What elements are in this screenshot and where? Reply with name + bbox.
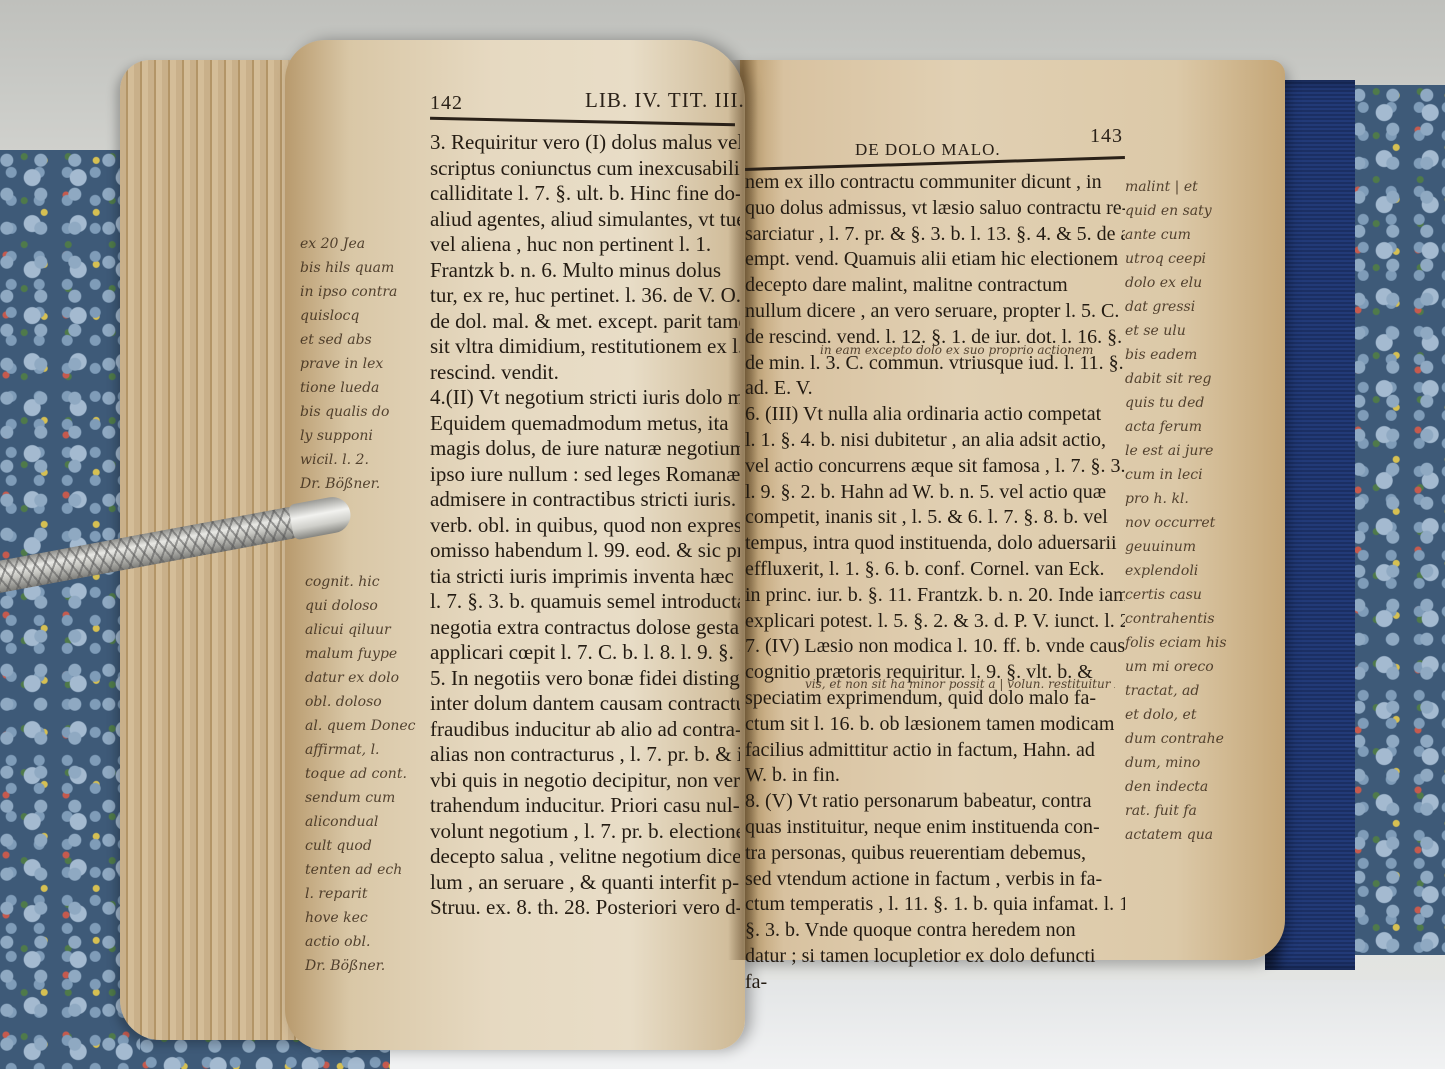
note-line: tenten ad ech bbox=[305, 858, 435, 882]
note-line: contrahentis bbox=[1125, 607, 1260, 631]
text-line: trahendum inducitur. Priori casu nul- bbox=[430, 793, 740, 819]
text-line: negotia extra contractus dolose gesta bbox=[430, 615, 740, 641]
text-line: calliditate l. 7. §. ult. b. Hinc fine d… bbox=[430, 181, 740, 207]
text-line: l. 9. §. 2. b. Hahn ad W. b. n. 5. vel a… bbox=[745, 480, 1125, 506]
text-line: W. b. in fin. bbox=[745, 763, 1125, 789]
marginalia-right: malint | et quid en saty ante cum utroq … bbox=[1125, 175, 1260, 847]
note-line: l. reparit bbox=[305, 882, 435, 906]
text-line: omisso habendum l. 99. eod. & sic propte… bbox=[430, 538, 740, 564]
note-line: alicui qiluur bbox=[305, 618, 435, 642]
note-line: cult quod bbox=[305, 834, 435, 858]
text-line: nem ex illo contractu communiter dicunt … bbox=[745, 170, 1125, 196]
note-line: affirmat, l. bbox=[305, 738, 435, 762]
note-line: dolo ex elu bbox=[1125, 271, 1260, 295]
text-line: 5. In negotiis vero bonæ fidei disting- bbox=[430, 666, 740, 692]
text-line: vel actio concurrens æque sit famosa , l… bbox=[745, 454, 1125, 480]
text-line: aliud agentes, aliud simulantes, vt tuea… bbox=[430, 207, 740, 233]
text-line: sit vltra dimidium, restitutionem ex l. bbox=[430, 334, 740, 360]
note-line: quis tu ded bbox=[1125, 391, 1260, 415]
note-line: geuuinum bbox=[1125, 535, 1260, 559]
text-line: admisere in contractibus stricti iuris. bbox=[430, 487, 740, 513]
text-line: 4.(II) Vt negotium stricti iuris dolo ma… bbox=[430, 385, 740, 411]
text-line: Struu. ex. 8. th. 28. Posteriori vero d- bbox=[430, 895, 740, 921]
note-line: dabit sit reg bbox=[1125, 367, 1260, 391]
text-line: Equidem quemadmodum metus, ita bbox=[430, 411, 740, 437]
note-line: rat. fuit fa bbox=[1125, 799, 1260, 823]
text-line: 8. (V) Vt ratio personarum babeatur, con… bbox=[745, 789, 1125, 815]
note-line: utroq ceepi bbox=[1125, 247, 1260, 271]
text-line: decepto dare malint, malitne contractum bbox=[745, 273, 1125, 299]
text-line: alias non contracturus , l. 7. pr. b. & … bbox=[430, 742, 740, 768]
text-line: tur, ex re, huc pertinet. l. 36. de V. O… bbox=[430, 283, 740, 309]
note-line: acta ferum bbox=[1125, 415, 1260, 439]
text-line: scriptus coniunctus cum inexcusabili bbox=[430, 156, 740, 182]
text-line: competit, inanis sit , l. 5. & 6. l. 7. … bbox=[745, 505, 1125, 531]
text-line: tia stricti iuris imprimis inventa hæc bbox=[430, 564, 740, 590]
marginalia-inline-2: vis, et non sit ha minor possit a | volu… bbox=[805, 672, 1115, 696]
note-line: alicondual bbox=[305, 810, 435, 834]
text-line: decepto salua , velitne negotium dice- bbox=[430, 844, 740, 870]
text-line: rescind. vendit. bbox=[430, 360, 740, 386]
note-line: actatem qua bbox=[1125, 823, 1260, 847]
text-line: ctum sit l. 16. b. ob læsionem tamen mod… bbox=[745, 712, 1125, 738]
note-line: le est ai jure bbox=[1125, 439, 1260, 463]
text-line: Frantzk b. n. 6. Multo minus dolus bbox=[430, 258, 740, 284]
note-line: in ipso contra bbox=[300, 280, 430, 304]
text-line: sed vtendum actione in factum , verbis i… bbox=[745, 867, 1125, 893]
text-line: sarciatur , l. 7. pr. & §. 3. b. l. 13. … bbox=[745, 222, 1125, 248]
note-line: cum in leci bbox=[1125, 463, 1260, 487]
text-line: 6. (III) Vt nulla alia ordinaria actio c… bbox=[745, 402, 1125, 428]
note-line: folis eciam his bbox=[1125, 631, 1260, 655]
note-line: explendoli bbox=[1125, 559, 1260, 583]
text-line: 3. Requiritur vero (I) dolus malus vel bbox=[430, 130, 740, 156]
text-line: l. 1. §. 4. b. nisi dubitetur , an alia … bbox=[745, 428, 1125, 454]
text-line: effluxerit, l. 1. §. 6. b. conf. Cornel.… bbox=[745, 557, 1125, 583]
text-line: tempus, intra quod instituenda, dolo adu… bbox=[745, 531, 1125, 557]
note-line: cognit. hic bbox=[305, 570, 435, 594]
note-line: tractat, ad bbox=[1125, 679, 1260, 703]
note-line: dum contrahe bbox=[1125, 727, 1260, 751]
note-line: actio obl. bbox=[305, 930, 435, 954]
note-line: bis hils quam bbox=[300, 256, 430, 280]
note-line: wicil. l. 2. bbox=[300, 448, 430, 472]
note-line: al. quem Donec bbox=[305, 714, 435, 738]
text-line: quo dolus admissus, vt læsio saluo contr… bbox=[745, 196, 1125, 222]
text-line: de dol. mal. & met. except. parit tamen, bbox=[430, 309, 740, 335]
text-line: verb. obl. in quibus, quod non expressum bbox=[430, 513, 740, 539]
note-line: datur ex dolo bbox=[305, 666, 435, 690]
text-line: facilius admittitur actio in factum, Hah… bbox=[745, 738, 1125, 764]
text-line: vel aliena , huc non pertinent l. 1. bbox=[430, 232, 740, 258]
text-line: inter dolum dantem causam contractui, bbox=[430, 691, 740, 717]
note-line: toque ad cont. bbox=[305, 762, 435, 786]
note-line: hove kec bbox=[305, 906, 435, 930]
note-line: quid en saty bbox=[1125, 199, 1260, 223]
note-line: dat gressi bbox=[1125, 295, 1260, 319]
text-line: magis dolus, de iure naturæ negotium bbox=[430, 436, 740, 462]
note-line: sendum cum bbox=[305, 786, 435, 810]
note-line: den indecta bbox=[1125, 775, 1260, 799]
text-line: 7. (IV) Læsio non modica l. 10. ff. b. v… bbox=[745, 634, 1125, 660]
text-line: explicari potest. l. 5. §. 2. & 3. d. P.… bbox=[745, 609, 1125, 635]
note-line: tione lueda bbox=[300, 376, 430, 400]
left-page-text: 3. Requiritur vero (I) dolus malus vel s… bbox=[430, 130, 740, 921]
note-line: um mi oreco bbox=[1125, 655, 1260, 679]
note-line: malint | et bbox=[1125, 175, 1260, 199]
note-line: Dr. Bößner. bbox=[305, 954, 435, 978]
text-line: §. 3. b. Vnde quoque contra heredem non bbox=[745, 918, 1125, 944]
note-line: bis qualis do bbox=[300, 400, 430, 424]
note-line: bis eadem bbox=[1125, 343, 1260, 367]
note-line: Dr. Bößner. bbox=[300, 472, 430, 496]
right-page-text: nem ex illo contractu communiter dicunt … bbox=[745, 170, 1125, 996]
text-line: volunt negotium , l. 7. pr. b. electione bbox=[430, 819, 740, 845]
text-line: quas instituitur, neque enim instituenda… bbox=[745, 815, 1125, 841]
note-line: certis casu bbox=[1125, 583, 1260, 607]
left-running-head: LIB. IV. TIT. III. bbox=[585, 88, 745, 113]
note-line: ly supponi bbox=[300, 424, 430, 448]
note-line: nov occurret bbox=[1125, 511, 1260, 535]
text-line: fraudibus inducitur ab alio ad contra- bbox=[430, 717, 740, 743]
marginalia-left-top: ex 20 Jea bis hils quam in ipso contra q… bbox=[300, 232, 430, 496]
note-line: qui doloso bbox=[305, 594, 435, 618]
text-line: lum , an seruare , & quanti interfit p- bbox=[430, 870, 740, 896]
text-line: ctum temperatis , l. 11. §. 1. b. quia i… bbox=[745, 892, 1125, 918]
text-line: datur ; si tamen locupletior ex dolo def… bbox=[745, 944, 1125, 970]
right-running-head: DE DOLO MALO. bbox=[855, 140, 1001, 160]
left-page-number: 142 bbox=[430, 92, 463, 115]
right-page-number: 143 bbox=[1090, 125, 1123, 148]
note-line: quislocq bbox=[300, 304, 430, 328]
note-line: malum fuype bbox=[305, 642, 435, 666]
text-line: empt. vend. Quamuis alii etiam hic elect… bbox=[745, 247, 1125, 273]
marginalia-left-bottom: cognit. hic qui doloso alicui qiluur mal… bbox=[305, 570, 435, 978]
note-line: et sed abs bbox=[300, 328, 430, 352]
note-line: et se ulu bbox=[1125, 319, 1260, 343]
note-line: et dolo, et bbox=[1125, 703, 1260, 727]
text-line: tra personas, quibus reuerentiam debemus… bbox=[745, 841, 1125, 867]
marginalia-inline-1: in eam excepto dolo ex suo proprio actio… bbox=[820, 338, 1110, 362]
text-line: ad. E. V. bbox=[745, 376, 1125, 402]
note-line: ante cum bbox=[1125, 223, 1260, 247]
note-line: pro h. kl. bbox=[1125, 487, 1260, 511]
note-line: dum, mino bbox=[1125, 751, 1260, 775]
text-line: ipso iure nullum : sed leges Romanæ bbox=[430, 462, 740, 488]
text-line: nullum dicere , an vero seruare, propter… bbox=[745, 299, 1125, 325]
note-line: prave in lex bbox=[300, 352, 430, 376]
marbled-board-right bbox=[1352, 85, 1445, 955]
text-line: l. 7. §. 3. b. quamuis semel introducta bbox=[430, 589, 740, 615]
text-line: fa- bbox=[745, 970, 1125, 996]
text-line: in princ. iur. b. §. 11. Frantzk. b. n. … bbox=[745, 583, 1125, 609]
text-line: vbi quis in negotio decipitur, non vero bbox=[430, 768, 740, 794]
note-line: ex 20 Jea bbox=[300, 232, 430, 256]
text-line: applicari cœpit l. 7. C. b. l. 8. l. 9. … bbox=[430, 640, 740, 666]
note-line: obl. doloso bbox=[305, 690, 435, 714]
